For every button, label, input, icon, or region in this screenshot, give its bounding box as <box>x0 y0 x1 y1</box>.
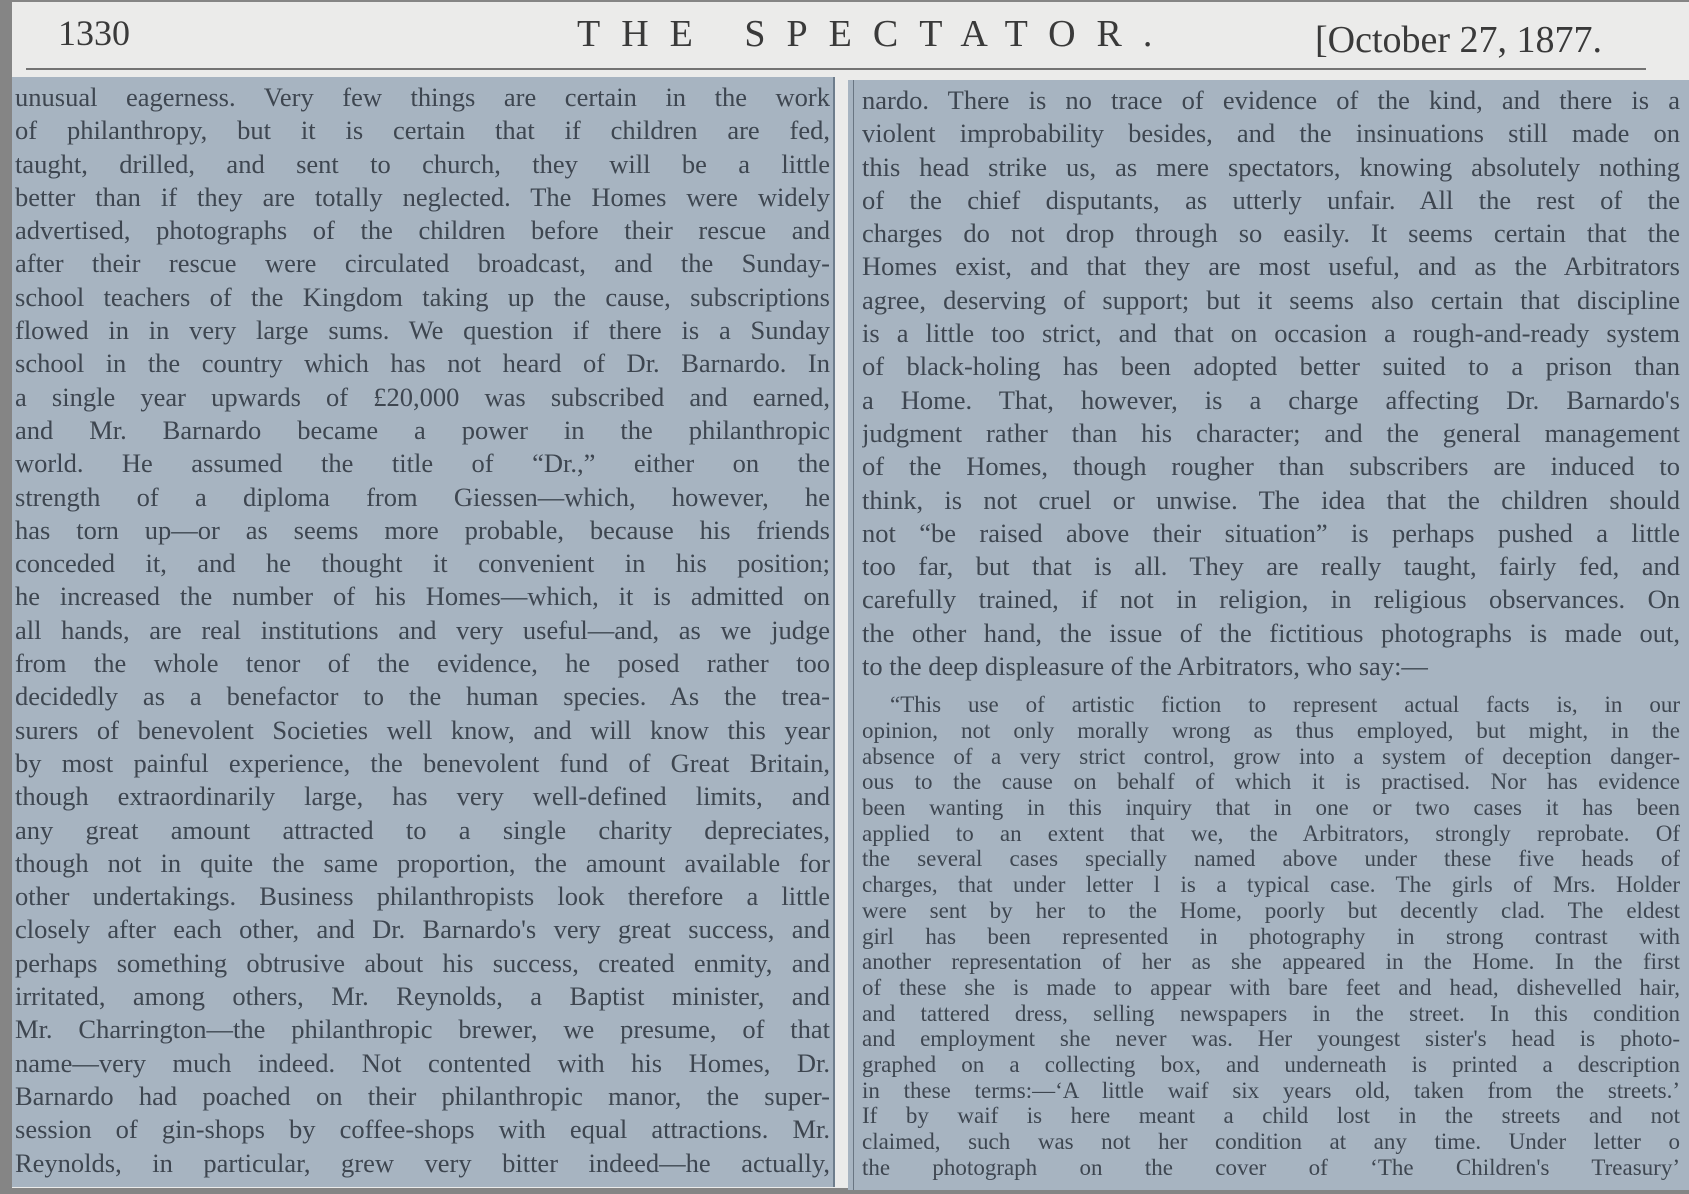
text-line: violent improbability besides, and the i… <box>862 117 1680 150</box>
text-line: conceded it, and he thought it convenien… <box>15 547 830 580</box>
text-line: surers of benevolent Societies well know… <box>15 714 830 747</box>
text-line: a single year upwards of £20,000 was sub… <box>15 381 830 414</box>
text-line: strength of a diploma from Giessen—which… <box>15 481 830 514</box>
text-line: absence of a very strict control, grow i… <box>862 744 1680 770</box>
column-divider <box>853 80 854 1190</box>
text-line: from the whole tenor of the evidence, he… <box>15 647 830 680</box>
text-line: a Home. That, however, is a charge affec… <box>862 384 1680 417</box>
text-line: flowed in in very large sums. We questio… <box>15 314 830 347</box>
text-line: and Mr. Barnardo became a power in the p… <box>15 414 830 447</box>
text-line: If by waif is here meant a child lost in… <box>862 1103 1680 1129</box>
text-line: irritated, among others, Mr. Reynolds, a… <box>15 980 830 1013</box>
text-line: judgment rather than his character; and … <box>862 417 1680 450</box>
masthead: 1330 THE SPECTATOR. [October 27, 1877. <box>12 2 1689 72</box>
text-line: charges do not drop through so easily. I… <box>862 217 1680 250</box>
text-line: think, is not cruel or unwise. The idea … <box>862 484 1680 517</box>
text-line: agree, deserving of support; but it seem… <box>862 284 1680 317</box>
text-line: Reynolds, in particular, grew very bitte… <box>15 1147 830 1180</box>
publication-title: THE SPECTATOR. <box>577 12 1173 56</box>
text-line: he increased the number of his Homes—whi… <box>15 580 830 613</box>
text-line: world. He assumed the title of “Dr.,” ei… <box>15 447 830 480</box>
text-line: by most painful experience, the benevole… <box>15 747 830 780</box>
text-line: of philanthropy, but it is certain that … <box>15 114 830 147</box>
text-line: “This use of artistic fiction to represe… <box>862 692 1680 718</box>
text-line: better than if they are totally neglecte… <box>15 181 830 214</box>
text-line: other undertakings. Business philanthrop… <box>15 880 830 913</box>
text-line: too far, but that is all. They are reall… <box>862 550 1680 583</box>
text-line: is a little too strict, and that on occa… <box>862 317 1680 350</box>
text-line: unusual eagerness. Very few things are c… <box>15 81 830 114</box>
text-line: name—very much indeed. Not contented wit… <box>15 1047 830 1080</box>
text-line: this head strike us, as mere spectators,… <box>862 151 1680 184</box>
text-line: the photograph on the cover of ‘The Chil… <box>862 1155 1680 1181</box>
right-column-body: nardo. There is no trace of evidence of … <box>862 84 1677 683</box>
text-line: ous to the cause on behalf of which it i… <box>862 769 1680 795</box>
right-column[interactable]: nardo. There is no trace of evidence of … <box>848 80 1689 1190</box>
text-line: of black-holing has been adopted better … <box>862 350 1680 383</box>
text-line: any great amount attracted to a single c… <box>15 814 830 847</box>
text-line: claimed, such was not her condition at a… <box>862 1129 1680 1155</box>
text-line: carefully trained, if not in religion, i… <box>862 583 1680 616</box>
text-line: Barnardo had poached on their philanthro… <box>15 1080 830 1113</box>
text-line: the several cases specially named above … <box>862 846 1680 872</box>
text-line: all hands, are real institutions and ver… <box>15 614 830 647</box>
masthead-rule <box>26 68 1646 70</box>
text-line: applied to an extent that we, the Arbitr… <box>862 821 1680 847</box>
text-line: nardo. There is no trace of evidence of … <box>862 84 1680 117</box>
issue-date: [October 27, 1877. <box>1315 18 1602 62</box>
text-line: decidedly as a benefactor to the human s… <box>15 680 830 713</box>
text-line: has torn up—or as seems more probable, b… <box>15 514 830 547</box>
text-line: opinion, not only morally wrong as thus … <box>862 718 1680 744</box>
left-column[interactable]: unusual eagerness. Very few things are c… <box>12 77 835 1187</box>
text-line: in these terms:—‘A little waif six years… <box>862 1078 1680 1104</box>
text-line: advertised, photographs of the children … <box>15 214 830 247</box>
text-line: perhaps something obtrusive about his su… <box>15 947 830 980</box>
text-line: the other hand, the issue of the fictiti… <box>862 617 1680 650</box>
text-line: closely after each other, and Dr. Barnar… <box>15 913 830 946</box>
text-line: not “be raised above their situation” is… <box>862 517 1680 550</box>
text-line: were sent by her to the Home, poorly but… <box>862 898 1680 924</box>
text-line: though not in quite the same proportion,… <box>15 847 830 880</box>
text-line: Mr. Charrington—the philanthropic brewer… <box>15 1013 830 1046</box>
text-line: of the Homes, though rougher than subscr… <box>862 450 1680 483</box>
text-line: been wanting in this inquiry that in one… <box>862 795 1680 821</box>
text-line: charges, that under letter l is a typica… <box>862 872 1680 898</box>
text-line: graphed on a collecting box, and underne… <box>862 1052 1680 1078</box>
text-line: school teachers of the Kingdom taking up… <box>15 281 830 314</box>
text-line: to the deep displeasure of the Arbitrato… <box>862 650 1680 683</box>
text-line: girl has been represented in photography… <box>862 924 1680 950</box>
text-line: and tattered dress, selling newspapers i… <box>862 1001 1680 1027</box>
text-line: session of gin-shops by coffee-shops wit… <box>15 1113 830 1146</box>
arbitrators-quote: “This use of artistic fiction to represe… <box>862 692 1677 1180</box>
text-line: and employment she never was. Her younge… <box>862 1026 1680 1052</box>
text-line: school in the country which has not hear… <box>15 347 830 380</box>
text-line: another representation of her as she app… <box>862 949 1680 975</box>
text-line: though extraordinarily large, has very w… <box>15 780 830 813</box>
page-number: 1330 <box>58 12 130 54</box>
text-line: after their rescue were circulated broad… <box>15 247 830 280</box>
text-line: Homes exist, and that they are most usef… <box>862 250 1680 283</box>
text-line: taught, drilled, and sent to church, the… <box>15 148 830 181</box>
text-line: of the chief disputants, as utterly unfa… <box>862 184 1680 217</box>
text-line: of these she is made to appear with bare… <box>862 975 1680 1001</box>
